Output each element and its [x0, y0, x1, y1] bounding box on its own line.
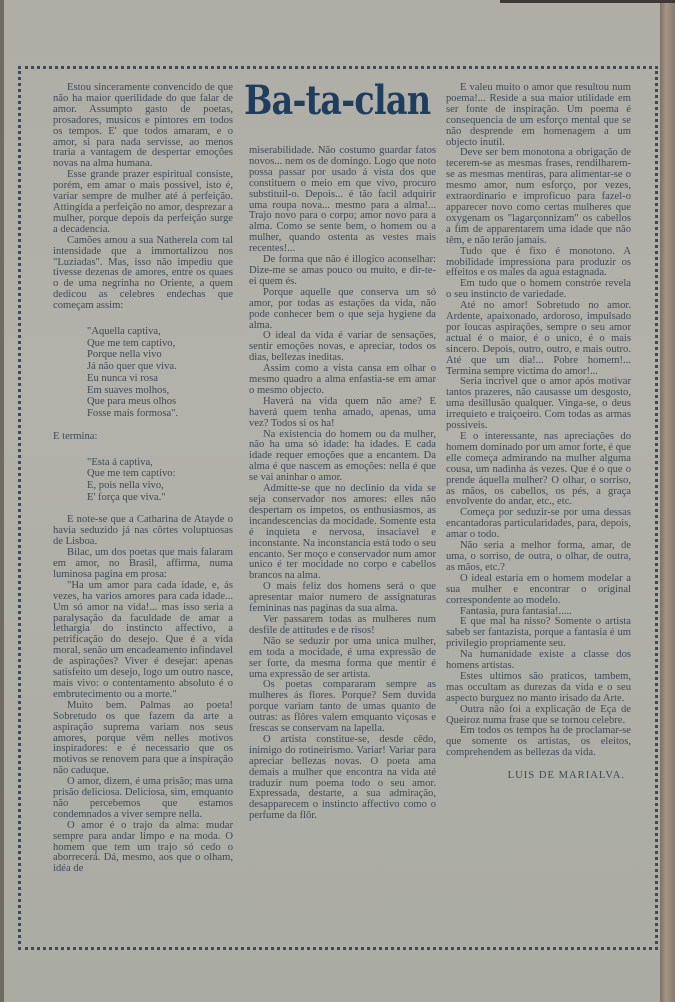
poem-line: Eu nunca vi rosa: [87, 373, 233, 385]
adjacent-page-edge: [660, 0, 675, 1002]
article-column-3: E valeu muito o amor que resultou num po…: [446, 83, 631, 782]
paragraph: Muito bem. Palmas ao poeta! Sobretudo os…: [53, 701, 233, 777]
poem-quote-1: "Aquella captiva, Que me tem captivo, Po…: [87, 326, 233, 420]
poem-line: E, pois nella vivo,: [87, 480, 233, 492]
paragraph: Ver passarem todas as mulheres num desfi…: [249, 615, 436, 637]
poem-line: Fosse mais formosa".: [87, 408, 233, 420]
paragraph: E note-se que a Catharina de Atayde o ha…: [53, 515, 233, 548]
article-column-2: miserabilidade. Não costumo guardar fato…: [249, 146, 436, 822]
paragraph: E o interessante, nas apreciações do hom…: [446, 432, 631, 508]
paragraph: Assim como a vista cansa em olhar o mesm…: [249, 364, 436, 397]
paragraph: Porque aquelle que conserva um só amor, …: [249, 288, 436, 332]
poem-line: "Esta á captiva,: [87, 457, 233, 469]
paragraph: Seria incrivel que o amor após motivar t…: [446, 377, 631, 432]
paragraph: O ideal da vida é variar de sensações, s…: [249, 331, 436, 364]
article-title: Ba-ta-clan: [244, 78, 405, 124]
paragraph: O mais feliz dos homens será o que apres…: [249, 582, 436, 615]
paragraph: miserabilidade. Não costumo guardar fato…: [249, 146, 436, 255]
paragraph: Não seria a melhor forma, amar, de uma, …: [446, 541, 631, 574]
poem-line: Que me tem captivo:: [87, 468, 233, 480]
paragraph: O amor é o trajo da alma: mudar sempre p…: [53, 821, 233, 876]
poem-line: Que me tem captivo,: [87, 338, 233, 350]
paragraph: Começa por seduzir-se por uma dessas enc…: [446, 508, 631, 541]
paragraph: Camões amou a sua Natherela com tal inte…: [53, 236, 233, 312]
poem-line: "Aquella captiva,: [87, 326, 233, 338]
paragraph: Até no amor! Sobretudo no amor. Ardente,…: [446, 301, 631, 377]
top-shadow-strip: [500, 0, 675, 3]
paragraph: Na existencia do homem ou da mulher, não…: [249, 430, 436, 485]
poem-line: Que para meus olhos: [87, 396, 233, 408]
paragraph: Admitte-se que no declinio da vida se se…: [249, 484, 436, 582]
paragraph: Não se seduzir por uma unica mulher, em …: [249, 637, 436, 681]
paragraph: Bilac, um dos poetas que mais falaram em…: [53, 548, 233, 581]
paragraph: Os poetas compararam sempre as mulheres …: [249, 680, 436, 735]
paragraph: Em tudo que o homem constróe revela o se…: [446, 279, 631, 301]
paragraph: Em todos os tempos ha de proclamar-se qu…: [446, 726, 631, 759]
author-signature: LUIS DE MARIALVA.: [446, 771, 631, 782]
paragraph: Haverá na vida quem não ame? E haverá qu…: [249, 397, 436, 430]
paragraph: O amor, dizem, é uma prisão; mas uma pri…: [53, 777, 233, 821]
paragraph: Tudo que é fixo é monotono. A mobilidade…: [446, 247, 631, 280]
paragraph: Estes ultimos são praticos, tambem, mas …: [446, 672, 631, 705]
poem-quote-2: "Esta á captiva, Que me tem captivo: E, …: [87, 457, 233, 504]
paragraph: Na humanidade existe a classe dos homens…: [446, 650, 631, 672]
paragraph: Estou sinceramente convencido de que não…: [53, 83, 233, 170]
paragraph: Esse grande prazer espiritual consiste, …: [53, 170, 233, 235]
article-column-1: Estou sinceramente convencido de que não…: [53, 83, 233, 875]
paragraph: O ideal estaria em o homem modelar a sua…: [446, 574, 631, 607]
paragraph: O artista constitue-se, desde cêdo, inim…: [249, 735, 436, 822]
poem-line: Já não quer que viva.: [87, 361, 233, 373]
paragraph: E valeu muito o amor que resultou num po…: [446, 83, 631, 148]
paragraph: Deve ser bem monotona a obrigação de tec…: [446, 148, 631, 246]
poem-line: Porque nella vivo: [87, 349, 233, 361]
paragraph: E que mal ha nisso? Somente o artista sa…: [446, 617, 631, 650]
poem-intro: E termina:: [53, 432, 233, 443]
poem-line: Em suaves molhos,: [87, 385, 233, 397]
poem-line: E' força que viva.": [87, 492, 233, 504]
paragraph: De forma que não é illogico aconselhar: …: [249, 255, 436, 288]
paragraph: Outra não foi a explicação de Eça de Que…: [446, 705, 631, 727]
page-left-edge: [0, 0, 4, 1002]
paragraph: "Ha um amor para cada idade, e, ás vezes…: [53, 581, 233, 701]
